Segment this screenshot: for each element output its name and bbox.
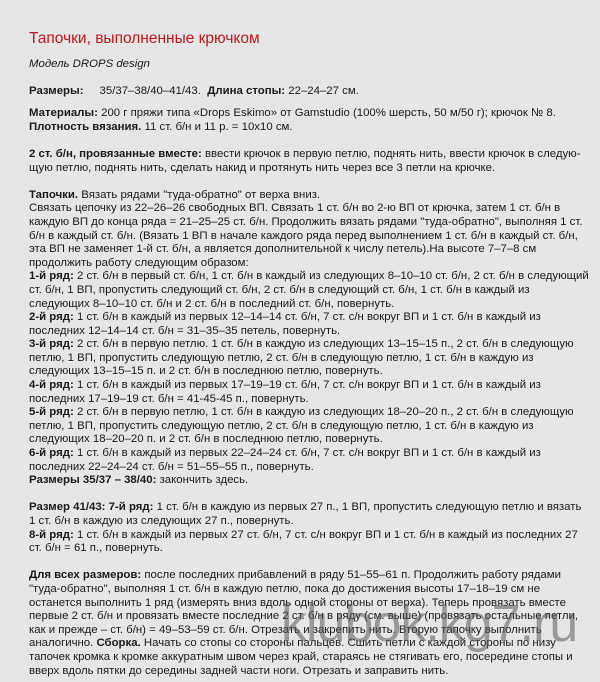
- row-8: 8-й ряд: 1 ст. б/н в каждый из первых 27…: [29, 529, 589, 556]
- row-1: 1-й ряд: 2 ст. б/н в первый ст. б/н, 1 с…: [29, 270, 589, 311]
- small-sizes-text: закончить здесь.: [160, 474, 249, 486]
- materials-paragraph: Материалы: 200 г пряжи типа «Drops Eskim…: [29, 107, 589, 121]
- row-text: 1 ст. б/н в каждый из первых 17–19–19 ст…: [29, 379, 541, 405]
- sizes-value: 35/37–38/40–41/43.: [100, 85, 201, 97]
- gauge-text: 11 ст. б/н и 11 р. = 10x10 см.: [145, 121, 293, 133]
- row-6: 6-й ряд: 1 ст. б/н в каждый из первых 22…: [29, 447, 589, 474]
- gauge-paragraph: Плотность вязания. 11 ст. б/н и 11 р. = …: [29, 121, 589, 135]
- slippers-intro-text: Вязать рядами "туда-обратно" от верха вн…: [81, 189, 320, 201]
- small-sizes-label: Размеры 35/37 – 38/40:: [29, 474, 156, 486]
- all-sizes-label: Для всех размеров:: [29, 569, 141, 581]
- row-text: 1 ст. б/н в каждый из первых 27 ст. б/н,…: [29, 529, 578, 555]
- row-4: 4-й ряд: 1 ст. б/н в каждый из первых 17…: [29, 379, 589, 406]
- row-label: 8-й ряд:: [29, 529, 74, 541]
- sizes-line: Размеры:35/37–38/40–41/43. Длина стопы: …: [29, 85, 589, 99]
- row-3: 3-й ряд: 2 ст. б/н в первую петлю. 1 ст.…: [29, 338, 589, 379]
- assembly-label: Сборка.: [96, 637, 140, 649]
- foot-length-label: Длина стопы:: [207, 85, 285, 97]
- slippers-label: Тапочки.: [29, 189, 78, 201]
- materials-label: Материалы:: [29, 107, 98, 119]
- row-label: 6-й ряд:: [29, 447, 74, 459]
- row-text: 1 ст. б/н в каждый из первых 12–14–14 ст…: [29, 311, 541, 337]
- row-label: 4-й ряд:: [29, 379, 74, 391]
- row-5: 5-й ряд: 2 ст. б/н в первую петлю, 1 ст.…: [29, 406, 589, 447]
- row-label: 7-й ряд:: [109, 501, 154, 513]
- row-label: 5-й ряд:: [29, 406, 74, 418]
- row-text: 1 ст. б/н в каждый из первых 22–24–24 ст…: [29, 447, 541, 473]
- row-label: 2-й ряд:: [29, 311, 74, 323]
- gauge-label: Плотность вязания.: [29, 121, 141, 133]
- slippers-intro: Тапочки. Вязать рядами "туда-обратно" от…: [29, 189, 589, 203]
- pattern-document: Тапочки, выполненные крючком Модель DROP…: [29, 30, 589, 678]
- slippers-instructions: Связать цепочку из 22–26–26 свободных ВП…: [29, 202, 589, 270]
- model-credit: Модель DROPS design: [29, 58, 589, 72]
- row-text: 2 ст. б/н в первую петлю, 1 ст. б/н в ка…: [29, 406, 574, 445]
- row-text: 2 ст. б/н в первую петлю. 1 ст. б/н в ка…: [29, 338, 574, 377]
- row-2: 2-й ряд: 1 ст. б/н в каждый из первых 12…: [29, 311, 589, 338]
- row-label: 1-й ряд:: [29, 270, 74, 282]
- row-label: 3-й ряд:: [29, 338, 74, 350]
- all-sizes-paragraph: Для всех размеров: после последних приба…: [29, 569, 589, 678]
- foot-length-value: 22–24–27 см.: [288, 85, 359, 97]
- sizes-label: Размеры:: [29, 85, 84, 97]
- page-title: Тапочки, выполненные крючком: [29, 30, 589, 48]
- large-size-label: Размер 41/43:: [29, 501, 105, 513]
- technique-paragraph: 2 ст. б/н, провязанные вместе: ввести кр…: [29, 148, 589, 175]
- row-7: Размер 41/43: 7-й ряд: 1 ст. б/н в кажду…: [29, 501, 589, 528]
- technique-label: 2 ст. б/н, провязанные вместе:: [29, 148, 202, 160]
- small-sizes-end: Размеры 35/37 – 38/40: закончить здесь.: [29, 474, 589, 488]
- row-text: 2 ст. б/н в первый ст. б/н, 1 ст. б/н в …: [29, 270, 589, 309]
- materials-text: 200 г пряжи типа «Drops Eskimo» от Gamst…: [101, 107, 556, 119]
